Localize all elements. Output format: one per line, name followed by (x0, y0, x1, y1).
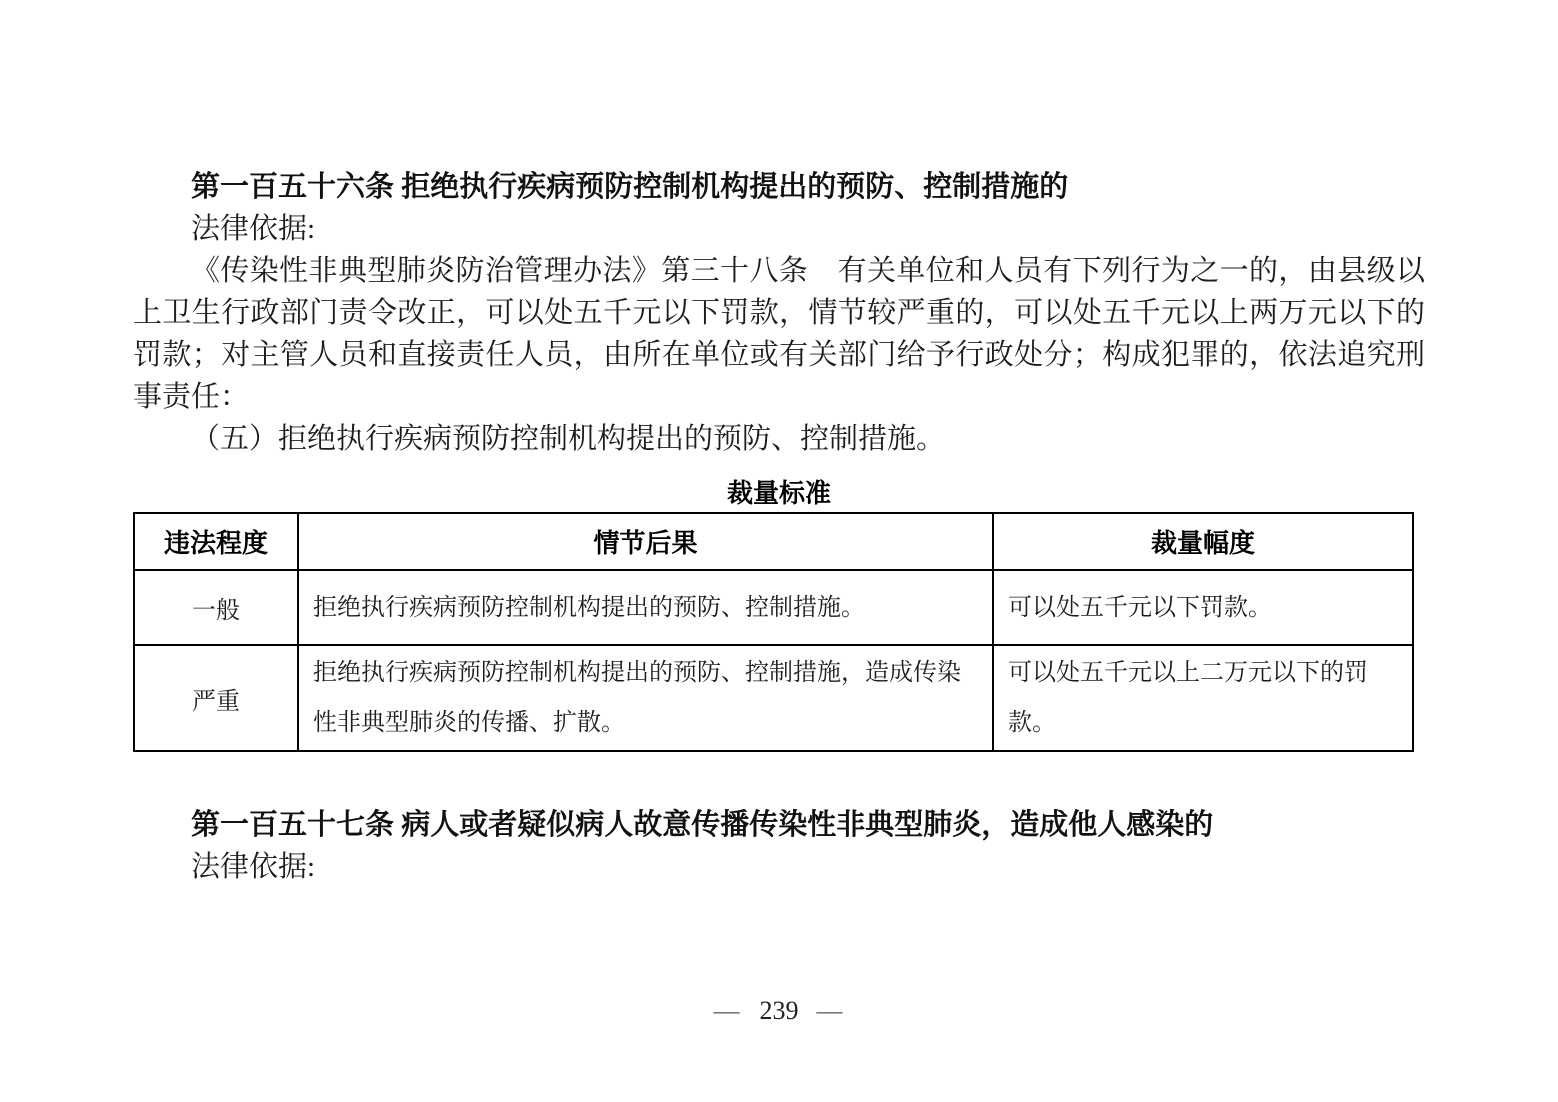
cell-range-severe: 可以处五千元以上二万元以下的罚款。 (993, 645, 1413, 751)
table-row-severe: 严重 拒绝执行疾病预防控制机构提出的预防、控制措施，造成传染性非典型肺炎的传播、… (134, 645, 1413, 751)
section-157-heading: 第一百五十七条 病人或者疑似病人故意传播传染性非典型肺炎，造成他人感染的 (133, 804, 1425, 846)
document-page: 第一百五十六条 拒绝执行疾病预防控制机构提出的预防、控制措施的 法律依据: 《传… (0, 0, 1558, 1102)
cell-degree-severe: 严重 (134, 645, 298, 751)
discretion-standard-table: 违法程度 情节后果 裁量幅度 一般 拒绝执行疾病预防控制机构提出的预防、控制措施… (133, 512, 1414, 752)
discretion-table-title: 裁量标准 (133, 476, 1425, 510)
footer-dash-left: — (714, 996, 742, 1025)
document-content: 第一百五十六条 拒绝执行疾病预防控制机构提出的预防、控制措施的 法律依据: 《传… (133, 0, 1425, 888)
table-header-degree: 违法程度 (134, 513, 298, 570)
section-157-legal-basis-label: 法律依据: (133, 846, 1425, 888)
section-156-legal-basis-paragraph: 《传染性非典型肺炎防治管理办法》第三十八条 有关单位和人员有下列行为之一的，由县… (133, 250, 1425, 418)
cell-range-general: 可以处五千元以下罚款。 (993, 570, 1413, 645)
section-156-item-5: （五）拒绝执行疾病预防控制机构提出的预防、控制措施。 (133, 418, 1425, 460)
section-156-legal-basis-label: 法律依据: (133, 208, 1425, 250)
table-header-row: 违法程度 情节后果 裁量幅度 (134, 513, 1413, 570)
section-156-heading: 第一百五十六条 拒绝执行疾病预防控制机构提出的预防、控制措施的 (133, 166, 1425, 208)
cell-degree-general: 一般 (134, 570, 298, 645)
cell-circumstance-general: 拒绝执行疾病预防控制机构提出的预防、控制措施。 (298, 570, 993, 645)
page-footer: —239— (0, 990, 1558, 1032)
footer-dash-right: — (817, 996, 845, 1025)
table-header-range: 裁量幅度 (993, 513, 1413, 570)
page-number: 239 (760, 996, 799, 1025)
table-header-circumstance: 情节后果 (298, 513, 993, 570)
cell-circumstance-severe: 拒绝执行疾病预防控制机构提出的预防、控制措施，造成传染性非典型肺炎的传播、扩散。 (298, 645, 993, 751)
table-row-general: 一般 拒绝执行疾病预防控制机构提出的预防、控制措施。 可以处五千元以下罚款。 (134, 570, 1413, 645)
